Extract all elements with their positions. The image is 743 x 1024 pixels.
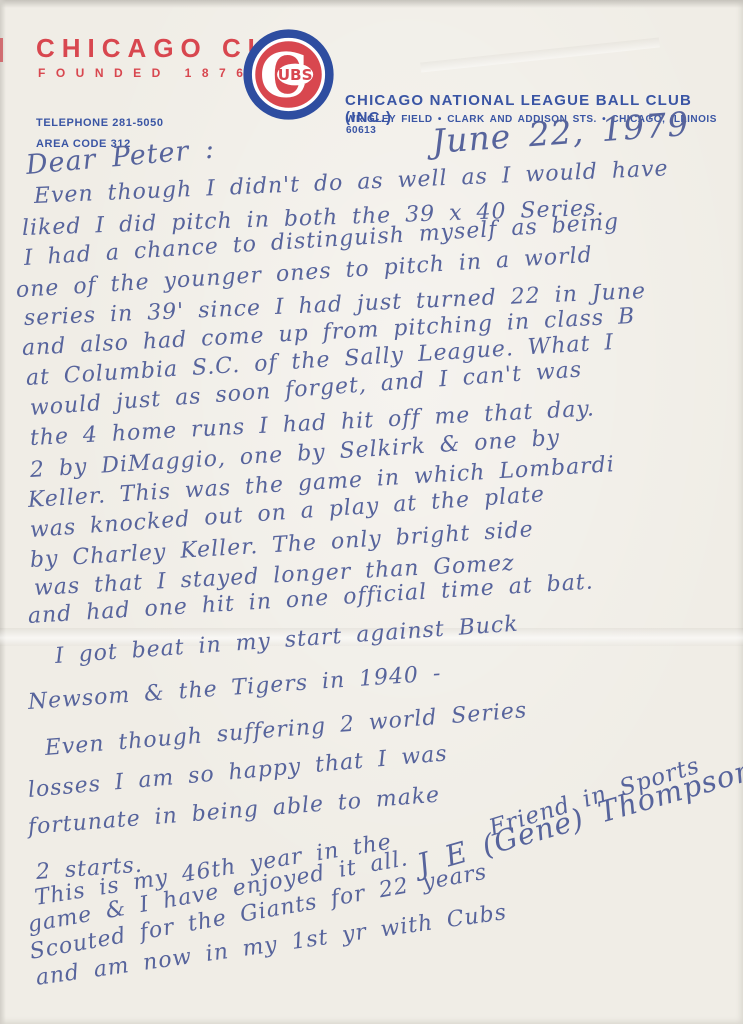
edge-ink-mark: [0, 38, 3, 62]
telephone-line: TELEPHONE 281-5050: [36, 117, 164, 129]
paper-top-edge: [0, 0, 743, 8]
paper-left-edge: [0, 0, 6, 1024]
letter-line: Newsom & the Tigers in 1940 -: [27, 661, 442, 715]
founded-line: FOUNDED 1876: [38, 66, 253, 80]
letter-page: CHICAGO CUBS FOUNDED 1876 C UBS TELEPHON…: [0, 0, 743, 1024]
signature: J E (Gene) Thompson: [413, 753, 743, 882]
cubs-logo-icon: C UBS: [241, 27, 336, 122]
logo-letters-ubs: UBS: [278, 66, 313, 84]
paper-crease: [420, 37, 660, 72]
